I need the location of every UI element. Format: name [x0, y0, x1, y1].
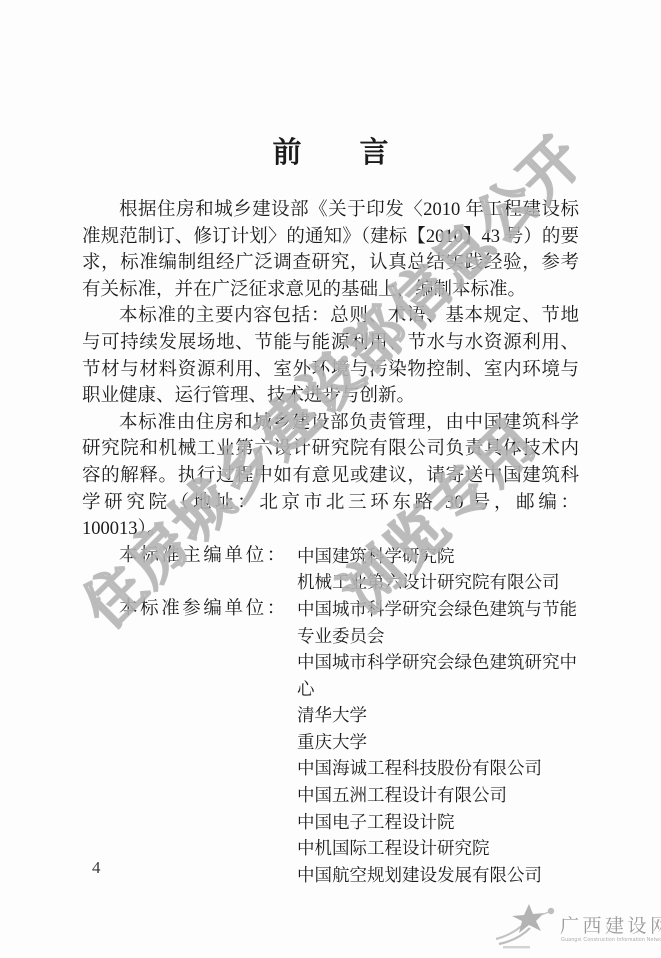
unit-name: 中国电子工程设计院 — [297, 809, 579, 836]
page-number: 4 — [92, 858, 101, 878]
unit-name: 清华大学 — [297, 702, 579, 729]
chief-editor-row: 本标准主编单位： 中国建筑科学研究院 机械工业第六设计研究院有限公司 — [82, 543, 579, 596]
paragraph-basis: 根据住房和城乡建设部《关于印发〈2010 年工程建设标准规范制订、修订计划〉的通… — [82, 197, 579, 303]
site-logo: 广西建设网 Guangxi Construction Information N… — [494, 902, 661, 954]
unit-name: 中国航空规划建设发展有限公司 — [297, 862, 579, 889]
paragraph-management: 本标准由住房和城乡建设部负责管理，由中国建筑科学研究院和机械工业第六设计研究院有… — [82, 410, 579, 543]
page-title: 前 言 — [0, 130, 661, 171]
unit-name: 重庆大学 — [297, 729, 579, 756]
participating-editors-label: 本标准参编单位： — [82, 596, 297, 889]
star-icon — [494, 903, 558, 956]
unit-name: 中国城市科学研究会绿色建筑与节能专业委员会 — [297, 596, 579, 649]
logo-site-name: 广西建设网 — [560, 911, 661, 938]
unit-name: 中国海诚工程科技股份有限公司 — [297, 755, 579, 782]
paragraph-contents: 本标准的主要内容包括：总则、术语、基本规定、节地与可持续发展场地、节能与能源利用… — [82, 303, 579, 409]
document-body: 根据住房和城乡建设部《关于印发〈2010 年工程建设标准规范制订、修订计划〉的通… — [82, 197, 579, 888]
unit-name: 中国五洲工程设计有限公司 — [297, 782, 579, 809]
participating-editor-units: 中国城市科学研究会绿色建筑与节能专业委员会 中国城市科学研究会绿色建筑研究中心 … — [297, 596, 579, 889]
chief-editor-units: 中国建筑科学研究院 机械工业第六设计研究院有限公司 — [297, 543, 579, 596]
unit-name: 中国建筑科学研究院 — [297, 543, 579, 570]
unit-name: 机械工业第六设计研究院有限公司 — [297, 569, 579, 596]
document-page: 前 言 根据住房和城乡建设部《关于印发〈2010 年工程建设标准规范制订、修订计… — [0, 0, 661, 958]
logo-tagline: Guangxi Construction Information Network — [561, 937, 661, 943]
unit-name: 中国城市科学研究会绿色建筑研究中心 — [297, 649, 579, 702]
unit-name: 中机国际工程设计研究院 — [297, 835, 579, 862]
chief-editor-label: 本标准主编单位： — [82, 543, 297, 596]
participating-editors-row: 本标准参编单位： 中国城市科学研究会绿色建筑与节能专业委员会 中国城市科学研究会… — [82, 596, 579, 889]
